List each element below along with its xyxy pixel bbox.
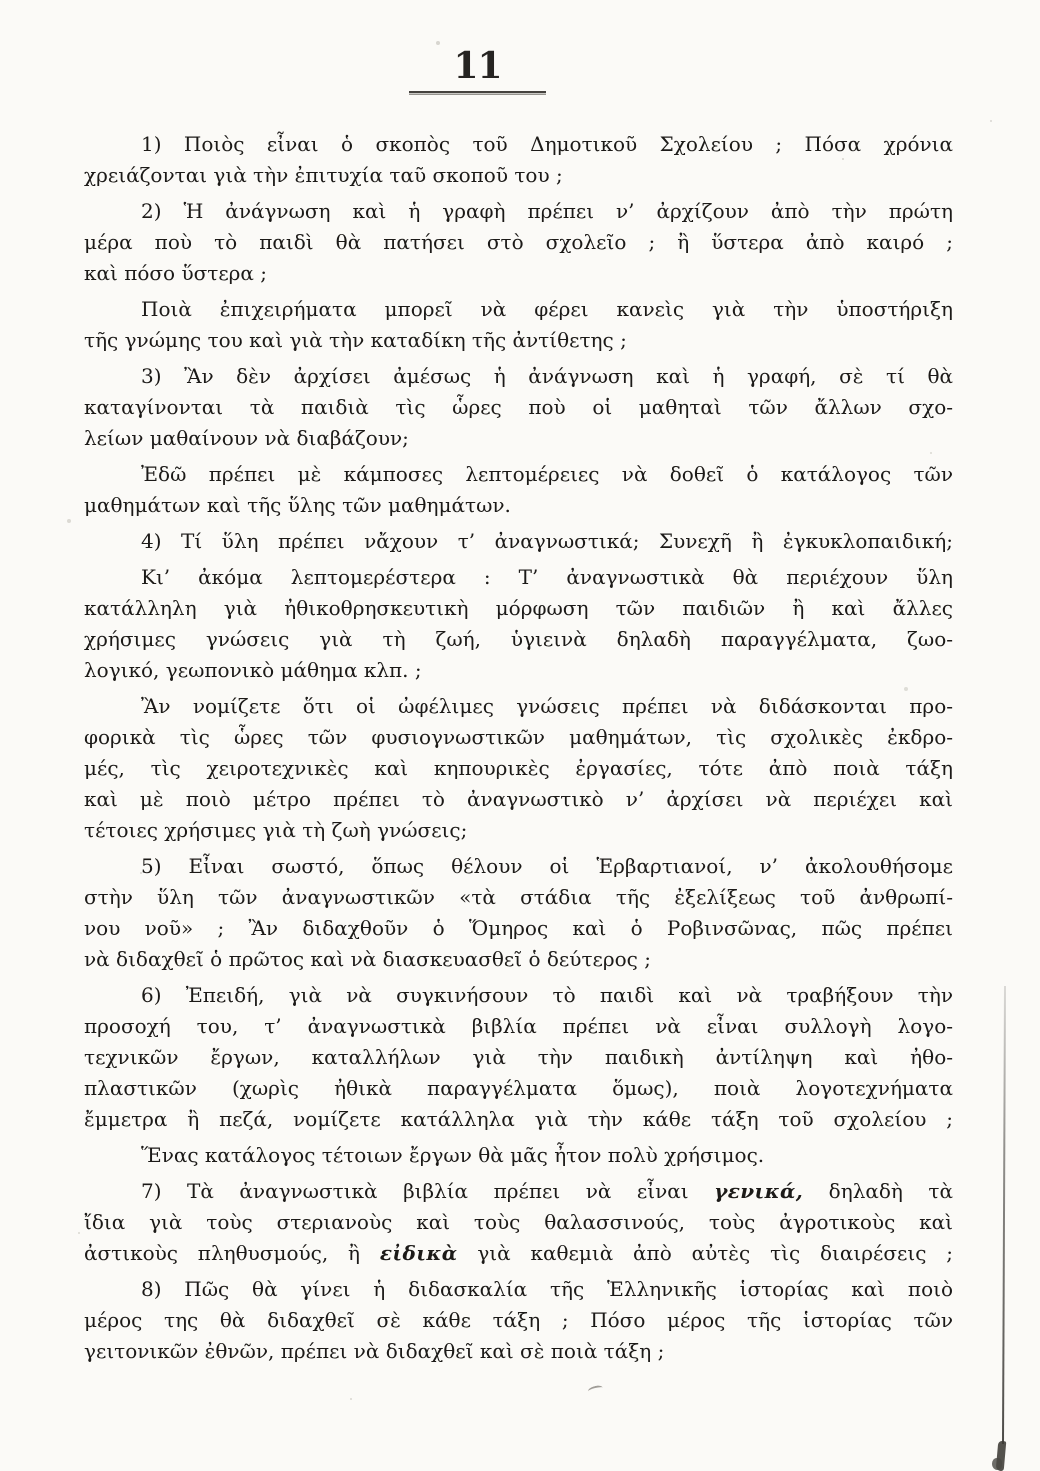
scan-noise [0,0,2,2]
text-line: τέτοιες χρήσιμες γιὰ τὴ ζωὴ γνώσεις; [84,815,953,846]
text-line: λογικό, γεωπονικὸ μάθημα κλπ. ; [84,655,953,686]
paragraph: 2) Ἡ ἀνάγνωση καὶ ἡ γραφὴ πρέπει ν’ ἀρχί… [84,196,953,289]
text-segment: 2) Ἡ ἀνάγνωση καὶ ἡ γραφὴ πρέπει ν’ ἀρχί… [141,199,953,223]
text-segment: λογικό, γεωπονικὸ μάθημα κλπ. ; [84,658,422,682]
text-line: μέρος της θὰ διδαχθεῖ σὲ κάθε τάξη ; Πόσ… [84,1305,953,1336]
text-line: μαθημάτων καὶ τῆς ὕλης τῶν μαθημάτων. [84,490,953,521]
text-line: ἀστικοὺς πληθυσμούς, ἢ εἰδικὰ γιὰ καθεμι… [84,1238,953,1269]
text-segment: μαθημάτων καὶ τῆς ὕλης τῶν μαθημάτων. [84,493,511,517]
emphasized-text: γενικά, [714,1179,803,1203]
text-line: 7) Τὰ ἀναγνωστικὰ βιβλία πρέπει νὰ εἶναι… [84,1176,953,1207]
text-segment: νου νοῦ» ; Ἂν διδαχθοῦν ὁ Ὅμηρος καὶ ὁ Ρ… [84,916,953,940]
text-line: προσοχή του, τ’ ἀναγνωστικὰ βιβλία πρέπε… [84,1011,953,1042]
text-segment: ἴδια γιὰ τοὺς στεριανοὺς καὶ τοὺς θαλασσ… [84,1210,953,1234]
paragraph: 4) Τί ὕλη πρέπει νἄχουν τ’ ἀναγνωστικά; … [84,526,953,557]
paragraph: Κι’ ἀκόμα λεπτομερέστερα : Τ’ ἀναγνωστικ… [84,562,953,686]
text-line: 6) Ἐπειδή, γιὰ νὰ συγκινήσουν τὸ παιδὶ κ… [84,980,953,1011]
text-segment: προσοχή του, τ’ ἀναγνωστικὰ βιβλία πρέπε… [84,1014,953,1038]
text-line: Κι’ ἀκόμα λεπτομερέστερα : Τ’ ἀναγνωστικ… [84,562,953,593]
text-segment: 5) Εἶναι σωστό, ὅπως θέλουν οἱ Ἑρβαρτιαν… [141,854,953,878]
text-segment: ἀστικοὺς πληθυσμούς, ἢ [84,1241,380,1265]
text-line: τεχνικῶν ἔργων, καταλλήλων γιὰ τὴν παιδι… [84,1042,953,1073]
text-line: Ποιὰ ἐπιχειρήματα μπορεῖ νὰ φέρει κανεὶς… [84,294,953,325]
text-line: πλαστικῶν (χωρὶς ἠθικὰ παραγγέλματα ὅμως… [84,1073,953,1104]
text-line: στὴν ὕλη τῶν ἀναγνωστικῶν «τὰ στάδια τῆς… [84,882,953,913]
text-segment: ἔμμετρα ἢ πεζά, νομίζετε κατάλληλα γιὰ τ… [84,1107,953,1131]
text-line: γειτονικῶν ἐθνῶν, πρέπει νὰ διδαχθεῖ καὶ… [84,1336,953,1367]
text-segment: Κι’ ἀκόμα λεπτομερέστερα : Τ’ ἀναγνωστικ… [141,565,953,589]
text-line: Ἕνας κατάλογος τέτοιων ἔργων θὰ μᾶς ἦτον… [84,1140,953,1171]
text-segment: μέρα ποὺ τὸ παιδὶ θὰ πατήσει στὸ σχολεῖο… [84,230,953,254]
text-line: νὰ διδαχθεῖ ὁ πρῶτος καὶ νὰ διασκευασθεῖ… [84,944,953,975]
text-segment: Ἕνας κατάλογος τέτοιων ἔργων θὰ μᾶς ἦτον… [141,1143,764,1167]
text-line: 8) Πῶς θὰ γίνει ἡ διδασκαλία τῆς Ἑλληνικ… [84,1274,953,1305]
text-line: χρειάζονται γιὰ τὴν ἐπιτυχία ταῦ σκοποῦ … [84,160,953,191]
binding-shadow-blob-small [992,1458,1002,1470]
text-line: λείων μαθαίνουν νὰ διαβάζουν; [84,423,953,454]
text-line: 3) Ἂν δὲν ἀρχίσει ἀμέσως ἡ ἀνάγνωση καὶ … [84,361,953,392]
scanned-page: 11 1) Ποιὸς εἶναι ὁ σκοπὸς τοῦ Δημοτικοῦ… [0,0,1040,1471]
text-line: Ἐδῶ πρέπει μὲ κάμποσες λεπτομέρειες νὰ δ… [84,459,953,490]
binding-shadow-line [1002,986,1006,1444]
text-segment: καὶ μὲ ποιὸ μέτρο πρέπει τὸ ἀναγνωστικὸ … [84,787,953,811]
text-line: καὶ μὲ ποιὸ μέτρο πρέπει τὸ ἀναγνωστικὸ … [84,784,953,815]
text-line: ἔμμετρα ἢ πεζά, νομίζετε κατάλληλα γιὰ τ… [84,1104,953,1135]
page-number-underline [409,91,546,95]
paragraph: Ποιὰ ἐπιχειρήματα μπορεῖ νὰ φέρει κανεὶς… [84,294,953,356]
text-segment: 7) Τὰ ἀναγνωστικὰ βιβλία πρέπει νὰ εἶναι [141,1179,714,1203]
paragraph: Ἐδῶ πρέπει μὲ κάμποσες λεπτομέρειες νὰ δ… [84,459,953,521]
text-segment: δηλαδὴ τὰ [803,1179,953,1203]
pencil-mark [587,1384,603,1394]
text-segment: πλαστικῶν (χωρὶς ἠθικὰ παραγγέλματα ὅμως… [84,1076,953,1100]
paragraph: 8) Πῶς θὰ γίνει ἡ διδασκαλία τῆς Ἑλληνικ… [84,1274,953,1367]
text-line: 1) Ποιὸς εἶναι ὁ σκοπὸς τοῦ Δημοτικοῦ Σχ… [84,129,953,160]
emphasized-text: εἰδικὰ [380,1241,458,1265]
text-line: 2) Ἡ ἀνάγνωση καὶ ἡ γραφὴ πρέπει ν’ ἀρχί… [84,196,953,227]
text-line: μές, τὶς χειροτεχνικὲς καὶ κηπουρικὲς ἐρ… [84,753,953,784]
text-segment: 4) Τί ὕλη πρέπει νἄχουν τ’ ἀναγνωστικά; … [141,529,953,553]
text-line: Ἂν νομίζετε ὅτι οἱ ὠφέλιμες γνώσεις πρέπ… [84,691,953,722]
text-segment: στὴν ὕλη τῶν ἀναγνωστικῶν «τὰ στάδια τῆς… [84,885,953,909]
text-line: κατάλληλη γιὰ ἠθικοθρησκευτικὴ μόρφωση τ… [84,593,953,624]
text-segment: κατάλληλη γιὰ ἠθικοθρησκευτικὴ μόρφωση τ… [84,596,953,620]
paragraph: 3) Ἂν δὲν ἀρχίσει ἀμέσως ἡ ἀνάγνωση καὶ … [84,361,953,454]
text-segment: 3) Ἂν δὲν ἀρχίσει ἀμέσως ἡ ἀνάγνωση καὶ … [141,364,953,388]
text-segment: φορικὰ τὶς ὧρες τῶν φυσιογνωστικῶν μαθημ… [84,725,953,749]
text-line: φορικὰ τὶς ὧρες τῶν φυσιογνωστικῶν μαθημ… [84,722,953,753]
text-line: χρήσιμες γνώσεις γιὰ τὴ ζωή, ὑγιεινὰ δηλ… [84,624,953,655]
paragraph: Ἕνας κατάλογος τέτοιων ἔργων θὰ μᾶς ἦτον… [84,1140,953,1171]
text-line: καὶ πόσο ὕστερα ; [84,258,953,289]
paragraph: 5) Εἶναι σωστό, ὅπως θέλουν οἱ Ἑρβαρτιαν… [84,851,953,975]
text-segment: λείων μαθαίνουν νὰ διαβάζουν; [84,426,409,450]
text-line: 4) Τί ὕλη πρέπει νἄχουν τ’ ἀναγνωστικά; … [84,526,953,557]
text-segment: χρειάζονται γιὰ τὴν ἐπιτυχία ταῦ σκοποῦ … [84,163,563,187]
text-segment: τῆς γνώμης του καὶ γιὰ τὴν καταδίκη τῆς … [84,328,627,352]
text-line: ἴδια γιὰ τοὺς στεριανοὺς καὶ τοὺς θαλασσ… [84,1207,953,1238]
text-segment: χρήσιμες γνώσεις γιὰ τὴ ζωή, ὑγιεινὰ δηλ… [84,627,953,651]
page-number: 11 [409,46,546,86]
text-segment: Ποιὰ ἐπιχειρήματα μπορεῖ νὰ φέρει κανεὶς… [141,297,953,321]
text-segment: 6) Ἐπειδή, γιὰ νὰ συγκινήσουν τὸ παιδὶ κ… [141,983,953,1007]
text-segment: μέρος της θὰ διδαχθεῖ σὲ κάθε τάξη ; Πόσ… [84,1308,953,1332]
text-segment: νὰ διδαχθεῖ ὁ πρῶτος καὶ νὰ διασκευασθεῖ… [84,947,651,971]
text-segment: μές, τὶς χειροτεχνικὲς καὶ κηπουρικὲς ἐρ… [84,756,953,780]
text-segment: τεχνικῶν ἔργων, καταλλήλων γιὰ τὴν παιδι… [84,1045,953,1069]
text-line: τῆς γνώμης του καὶ γιὰ τὴν καταδίκη τῆς … [84,325,953,356]
text-segment: καταγίνονται τὰ παιδιὰ τὶς ὧρες ποὺ οἱ μ… [84,395,953,419]
text-segment: 1) Ποιὸς εἶναι ὁ σκοπὸς τοῦ Δημοτικοῦ Σχ… [141,132,953,156]
text-line: καταγίνονται τὰ παιδιὰ τὶς ὧρες ποὺ οἱ μ… [84,392,953,423]
text-line: μέρα ποὺ τὸ παιδὶ θὰ πατήσει στὸ σχολεῖο… [84,227,953,258]
paragraph: 7) Τὰ ἀναγνωστικὰ βιβλία πρέπει νὰ εἶναι… [84,1176,953,1269]
text-segment: Ἐδῶ πρέπει μὲ κάμποσες λεπτομέρειες νὰ δ… [141,462,953,486]
text-segment: γιὰ καθεμιὰ ἀπὸ αὐτὲς τὶς διαιρέσεις ; [458,1241,954,1265]
text-segment: Ἂν νομίζετε ὅτι οἱ ὠφέλιμες γνώσεις πρέπ… [141,694,953,718]
document-body: 1) Ποιὸς εἶναι ὁ σκοπὸς τοῦ Δημοτικοῦ Σχ… [84,129,953,1372]
paragraph: 1) Ποιὸς εἶναι ὁ σκοπὸς τοῦ Δημοτικοῦ Σχ… [84,129,953,191]
text-segment: τέτοιες χρήσιμες γιὰ τὴ ζωὴ γνώσεις; [84,818,467,842]
paragraph: 6) Ἐπειδή, γιὰ νὰ συγκινήσουν τὸ παιδὶ κ… [84,980,953,1135]
text-segment: καὶ πόσο ὕστερα ; [84,261,267,285]
text-segment: γειτονικῶν ἐθνῶν, πρέπει νὰ διδαχθεῖ καὶ… [84,1339,664,1363]
page-header: 11 [409,46,546,95]
paragraph: Ἂν νομίζετε ὅτι οἱ ὠφέλιμες γνώσεις πρέπ… [84,691,953,846]
text-line: 5) Εἶναι σωστό, ὅπως θέλουν οἱ Ἑρβαρτιαν… [84,851,953,882]
text-line: νου νοῦ» ; Ἂν διδαχθοῦν ὁ Ὅμηρος καὶ ὁ Ρ… [84,913,953,944]
text-segment: 8) Πῶς θὰ γίνει ἡ διδασκαλία τῆς Ἑλληνικ… [141,1277,953,1301]
